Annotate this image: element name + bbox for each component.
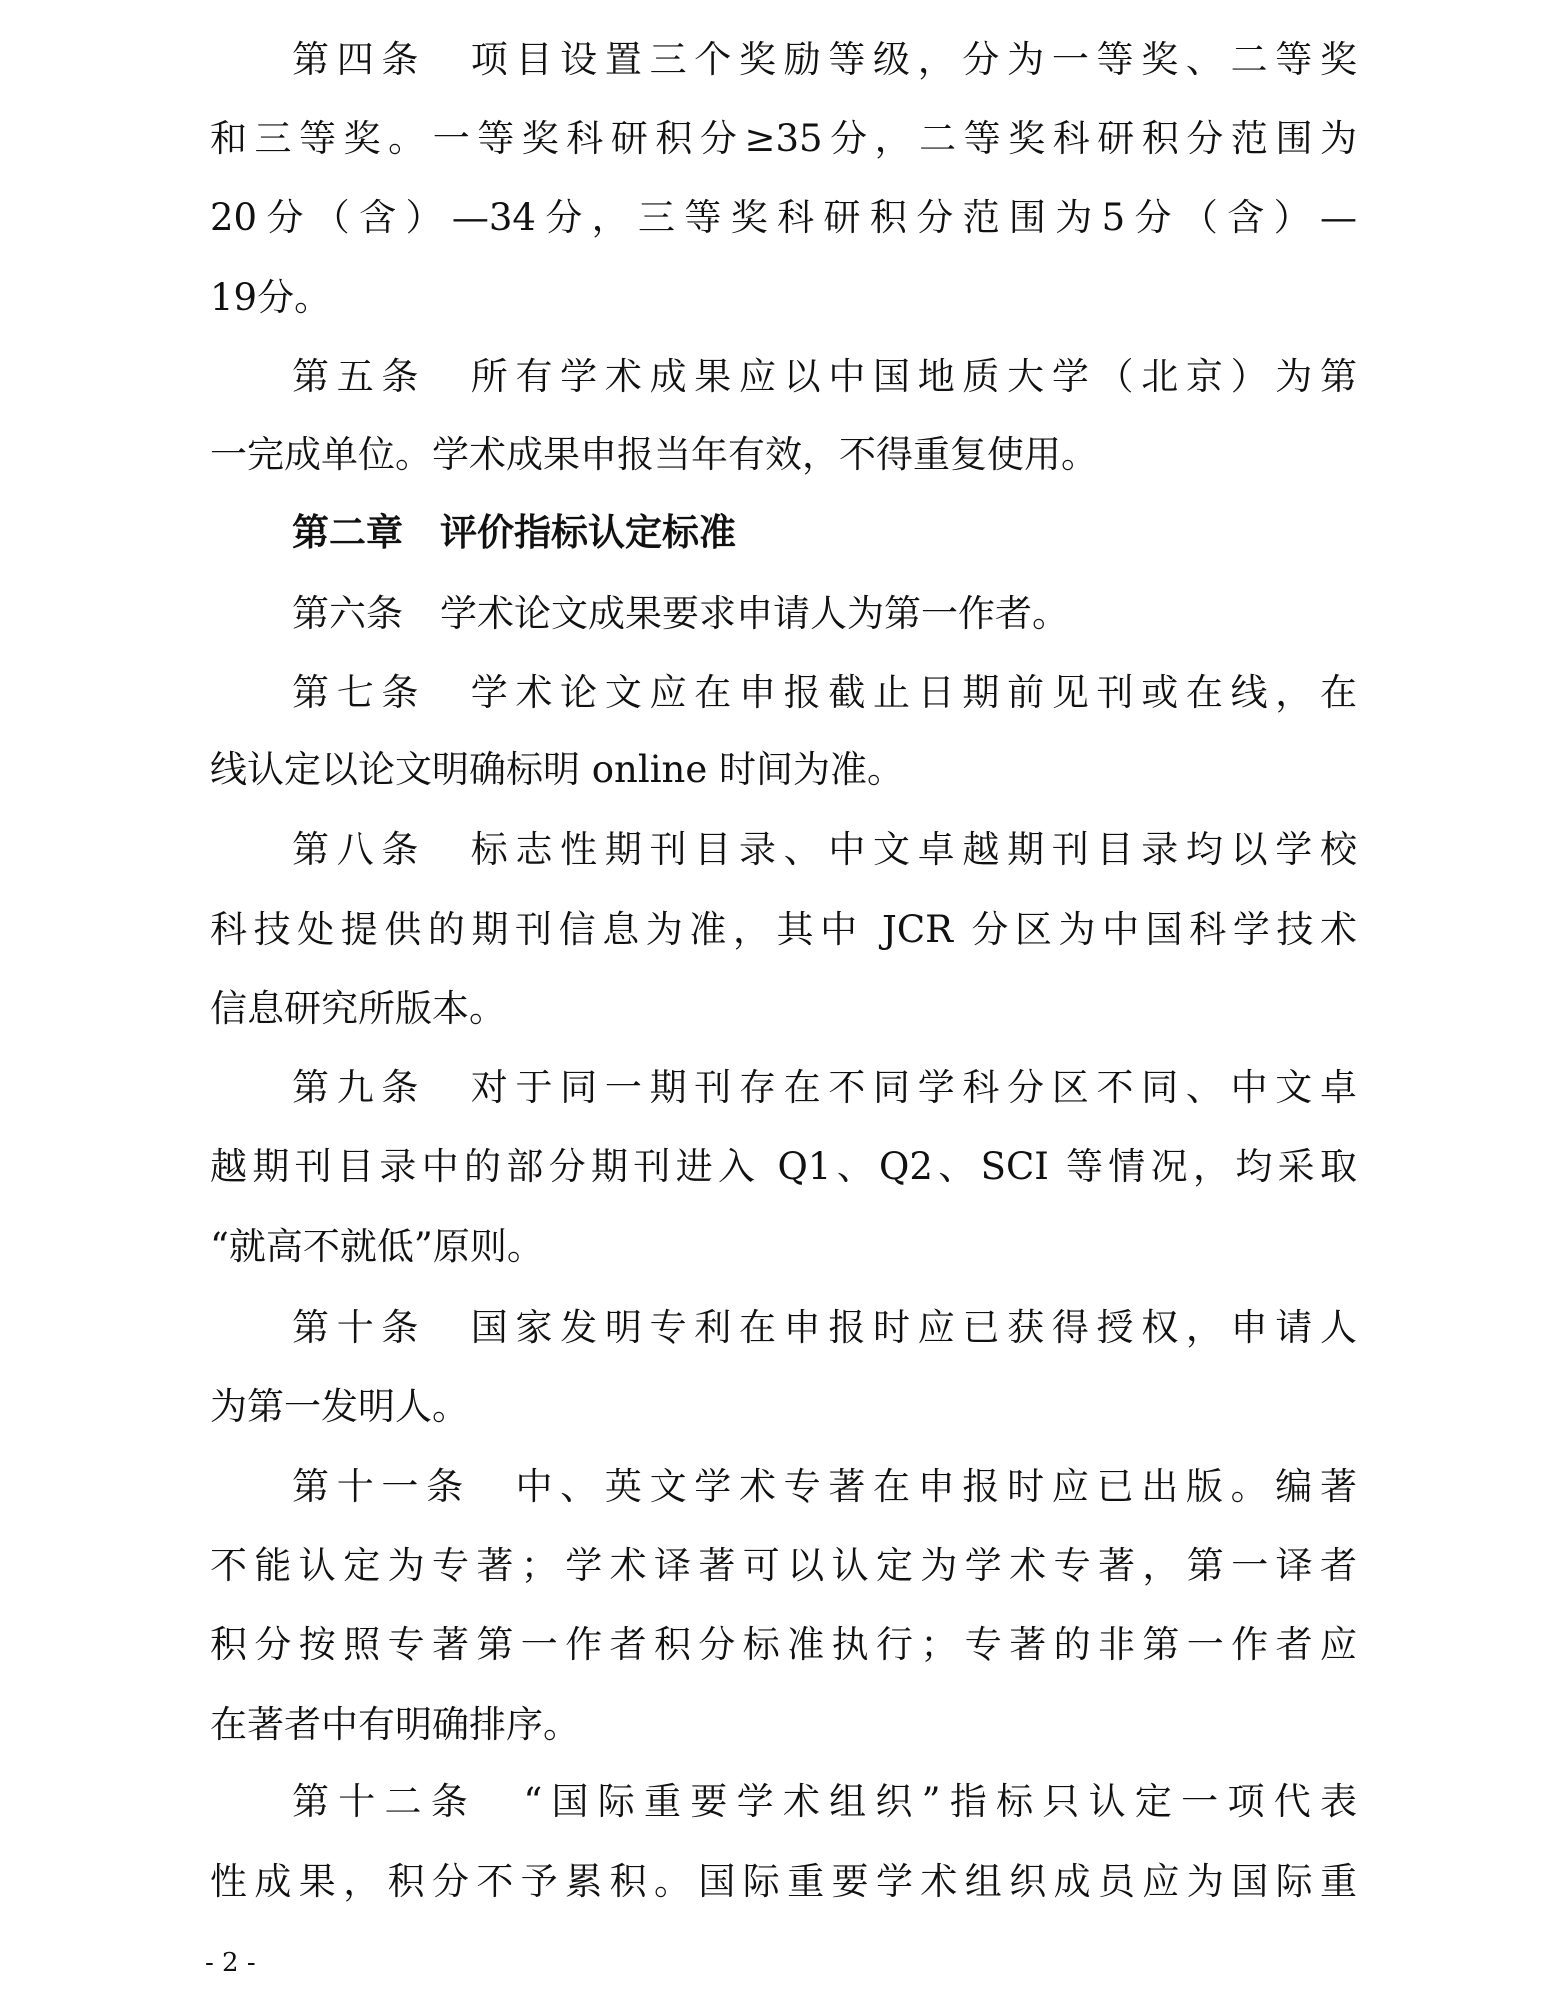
text-line: 19分。 (210, 276, 1357, 320)
chapter-heading: 第二章 评价指标认定标准 (292, 511, 1357, 555)
text-line: 在著者中有明确排序。 (210, 1703, 1357, 1747)
text-line: 第七条 学术论文应在申报截止日期前见刊或在线，在 (292, 671, 1357, 715)
text-line: 第十条 国家发明专利在申报时应已获得授权，申请人 (292, 1306, 1357, 1350)
text-line: 线认定以论文明确标明 online 时间为准。 (210, 748, 1357, 792)
text-line: 越期刊目录中的部分期刊进入 Q1、Q2、SCI 等情况，均采取 (210, 1145, 1357, 1189)
text-line: 信息研究所版本。 (210, 987, 1357, 1031)
text-line: 为第一发明人。 (210, 1385, 1357, 1429)
text-line: 第八条 标志性期刊目录、中文卓越期刊目录均以学校 (292, 828, 1357, 872)
text-line: 科技处提供的期刊信息为准，其中 JCR 分区为中国科学技术 (210, 908, 1357, 952)
text-line: 第九条 对于同一期刊存在不同学科分区不同、中文卓 (292, 1066, 1357, 1110)
text-line: “就高不就低”原则。 (210, 1225, 1357, 1269)
text-line: 不能认定为专著；学术译著可以认定为学术专著，第一译者 (210, 1544, 1357, 1588)
text-line: 第四条 项目设置三个奖励等级，分为一等奖、二等奖 (292, 38, 1357, 82)
page-number: - 2 - (205, 1948, 256, 1978)
text-line: 积分按照专著第一作者积分标准执行；专著的非第一作者应 (210, 1623, 1357, 1667)
text-line: 第五条 所有学术成果应以中国地质大学（北京）为第 (292, 355, 1357, 399)
text-line: 第六条 学术论文成果要求申请人为第一作者。 (292, 592, 1357, 636)
document-page: 第四条 项目设置三个奖励等级，分为一等奖、二等奖和三等奖。一等奖科研积分≥35分… (0, 0, 1567, 1994)
text-line: 一完成单位。学术成果申报当年有效，不得重复使用。 (210, 433, 1357, 477)
text-line: 第十一条 中、英文学术专著在申报时应已出版。编著 (292, 1465, 1357, 1509)
text-line: 性成果，积分不予累积。国际重要学术组织成员应为国际重 (210, 1860, 1357, 1904)
text-line: 20分（含）—34分，三等奖科研积分范围为5分（含）— (210, 196, 1357, 240)
text-line: 第十二条 “国际重要学术组织”指标只认定一项代表 (292, 1780, 1357, 1824)
text-line: 和三等奖。一等奖科研积分≥35分，二等奖科研积分范围为 (210, 117, 1357, 161)
